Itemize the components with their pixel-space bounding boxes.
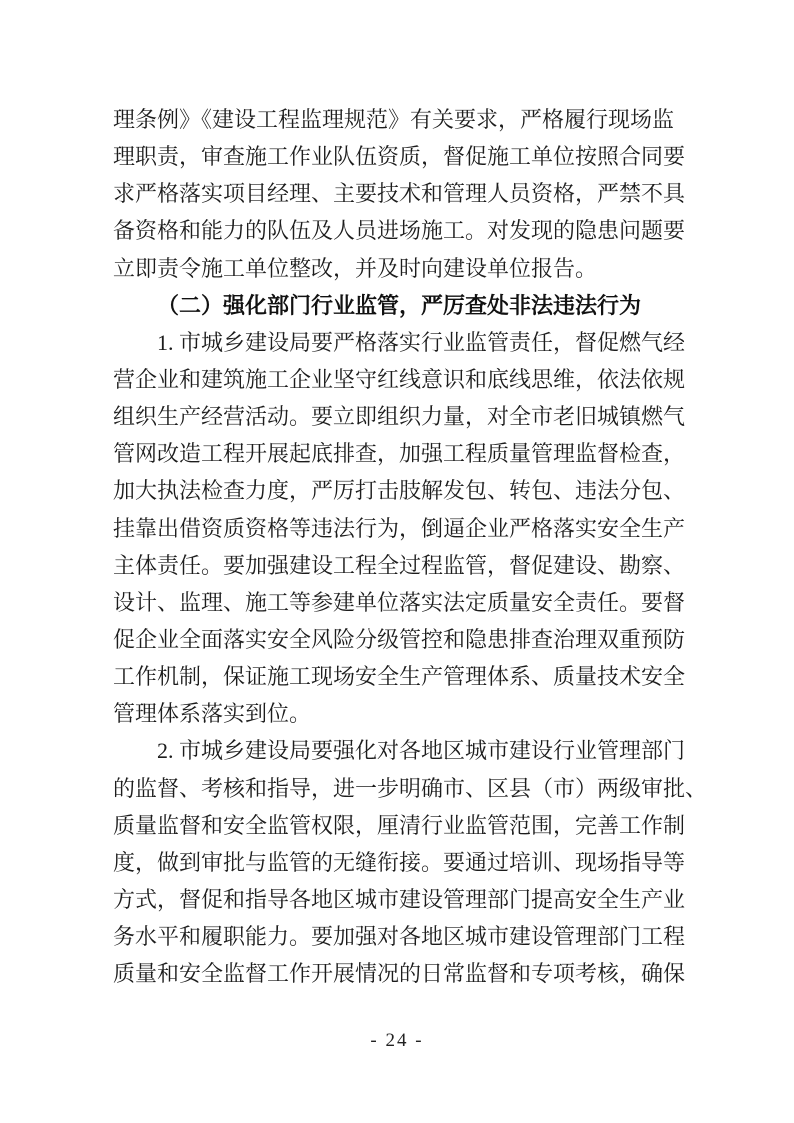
text-line: 促企业全面落实安全风险分级管控和隐患排查治理双重预防 [113,621,685,658]
document-body: 理条例》《建设工程监理规范》有关要求，严格履行现场监理职责，审查施工作业队伍资质… [113,101,685,992]
text-line: 挂靠出借资质资格等违法行为，倒逼企业严格落实安全生产 [113,510,685,547]
text-line: 求严格落实项目经理、主要技术和管理人员资格，严禁不具 [113,175,685,212]
text-line: 方式，督促和指导各地区城市建设管理部门提高安全生产业 [113,881,685,918]
section-heading: （二）强化部门行业监管，严厉查处非法违法行为 [113,287,685,324]
text-line: 立即责令施工单位整改，并及时向建设单位报告。 [113,250,685,287]
text-line: 加大执法检查力度，严厉打击肢解发包、转包、违法分包、 [113,472,685,509]
text-line: 2. 市城乡建设局要强化对各地区城市建设行业管理部门 [113,732,685,769]
text-line: 主体责任。要加强建设工程全过程监管，督促建设、勘察、 [113,547,685,584]
text-line: 工作机制，保证施工现场安全生产管理体系、质量技术安全 [113,658,685,695]
text-line: 组织生产经营活动。要立即组织力量，对全市老旧城镇燃气 [113,398,685,435]
text-line: 质量监督和安全监管权限，厘清行业监管范围，完善工作制 [113,807,685,844]
text-line: 营企业和建筑施工企业坚守红线意识和底线思维，依法依规 [113,361,685,398]
text-line: 设计、监理、施工等参建单位落实法定质量安全责任。要督 [113,584,685,621]
text-line: 管理体系落实到位。 [113,695,685,732]
text-line: 备资格和能力的队伍及人员进场施工。对发现的隐患问题要 [113,212,685,249]
page-number: - 24 - [0,1030,794,1052]
document-page: 理条例》《建设工程监理规范》有关要求，严格履行现场监理职责，审查施工作业队伍资质… [0,0,794,1123]
text-line: 理职责，审查施工作业队伍资质，督促施工单位按照合同要 [113,138,685,175]
text-line: 的监督、考核和指导，进一步明确市、区县（市）两级审批、 [113,770,685,807]
text-line: 管网改造工程开展起底排查，加强工程质量管理监督检查， [113,435,685,472]
text-line: 务水平和履职能力。要加强对各地区城市建设管理部门工程 [113,918,685,955]
text-line: 质量和安全监督工作开展情况的日常监督和专项考核，确保 [113,955,685,992]
text-line: 理条例》《建设工程监理规范》有关要求，严格履行现场监 [113,101,685,138]
text-line: 度，做到审批与监管的无缝衔接。要通过培训、现场指导等 [113,844,685,881]
text-line: 1. 市城乡建设局要严格落实行业监管责任，督促燃气经 [113,324,685,361]
